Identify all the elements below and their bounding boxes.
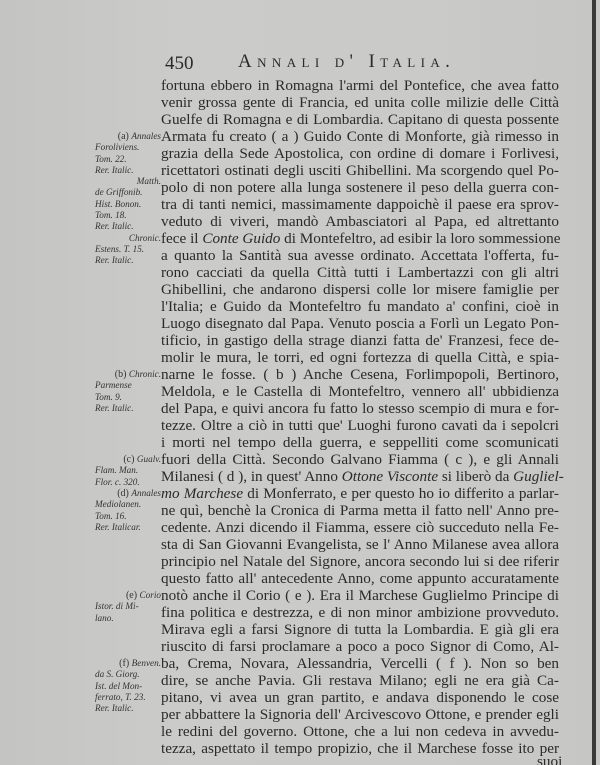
text-line: notò anche il Corio ( e ). Era il Marche… xyxy=(161,587,559,604)
text-line: Meldola, e le Castella di Montefeltro, v… xyxy=(161,383,559,400)
margin-note-line: Parmense xyxy=(95,380,161,391)
italic-span: Ottone Visconte xyxy=(342,468,438,485)
margin-note-line: Mediolanen. xyxy=(95,499,161,510)
text-line: molir le mura, le torri, ed ogni fortezz… xyxy=(161,349,559,366)
margin-note-line: (d) Annales xyxy=(95,488,161,499)
margin-note: (c) Gualv.Flam. Man.Flor. c. 320. xyxy=(95,454,161,488)
text-line: Ghibellini, che andarono dispersi colle … xyxy=(161,281,559,298)
text-line: tezza, aspettato il tempo propizio, che … xyxy=(161,740,559,757)
text-line: fina politica e destrezza, e di non mino… xyxy=(161,604,559,621)
margin-note-line: Flor. c. 320. xyxy=(95,477,161,488)
text-line: fortuna ebbero in Romagna l'armi del Pon… xyxy=(161,77,559,94)
margin-note: (e) CorioIstor. di Mi-lano. xyxy=(95,590,161,624)
text-line: venir grossa gente di Francia, ed unita … xyxy=(161,94,559,111)
text-line: pitano, vi avea un gran partito, e andav… xyxy=(161,689,559,706)
margin-note-line: Foroliviens. xyxy=(95,142,161,153)
note-key: (a) xyxy=(118,131,132,142)
margin-note-line: Rer. Italic. xyxy=(95,255,161,266)
margin-note: (d) AnnalesMediolanen.Tom. 16.Rer. Itali… xyxy=(95,488,161,533)
text-line: narne le fosse. ( b ) Anche Cesena, Forl… xyxy=(161,366,559,383)
text-line: polo di non potere alla lunga sostenere … xyxy=(161,179,559,196)
margin-note-line: Tom. 9. xyxy=(95,392,161,403)
margin-note-line: lano. xyxy=(95,613,161,624)
margin-note-line: Estens. T. 15. xyxy=(95,244,161,255)
margin-note-line: (a) Annales xyxy=(95,131,161,142)
text-line: questo fatto all' antecedente Anno, come… xyxy=(161,570,559,587)
margin-note-line: Rer. Italic. xyxy=(95,221,161,232)
text-line: grazia della Sede Apostolica, con ordine… xyxy=(161,145,559,162)
text-line: Armata fu creato ( a ) Guido Conte di Mo… xyxy=(161,128,559,145)
margin-note-line: Ist. del Mon- xyxy=(95,681,161,692)
text-line: Guelfe di Romagna e di Lombardia. Capita… xyxy=(161,111,559,128)
page-header: 450 Annali d' Italia. xyxy=(165,51,595,77)
note-key: (d) xyxy=(117,488,131,499)
text-line: Mirava egli a farsi Signore di tutta la … xyxy=(161,621,559,638)
margin-note-line: Matth. xyxy=(95,176,161,187)
note-key: (e) xyxy=(126,590,140,601)
margin-note-line: Tom. 22. xyxy=(95,154,161,165)
text-line: rono cacciati da quella Città tutti i La… xyxy=(161,264,559,281)
text-line: i morti nel tempo della guerra, e seppel… xyxy=(161,434,559,451)
margin-note: (f) Benven.da S. Giorg.Ist. del Mon-ferr… xyxy=(95,658,161,714)
note-key: (f) xyxy=(119,658,132,669)
text-line: ba, Crema, Novara, Alessandria, Vercelli… xyxy=(161,655,559,672)
text-line: Luogo disegnato dal Papa. Venuto poscia … xyxy=(161,315,559,332)
text-line: mo Marchese di Monferrato, e per questo … xyxy=(161,485,559,502)
text-line: tificio, in gastigo della strage dianzi … xyxy=(161,332,559,349)
text-line: ne quì, benchè la Cronica di Parma metta… xyxy=(161,502,559,519)
text-line: fuori della Città. Secondo Galvano Fiamm… xyxy=(161,451,559,468)
text-line: sta di San Giovanni Evangelista, se l' A… xyxy=(161,536,559,553)
body-text: fortuna ebbero in Romagna l'armi del Pon… xyxy=(161,77,559,757)
text-line: per abbattere la Signoria dell' Arcivesc… xyxy=(161,706,559,723)
text-line: l'Italia; e Guido da Montefeltro fu mand… xyxy=(161,298,559,315)
margin-note-line: da S. Giorg. xyxy=(95,669,161,680)
margin-note-line: Istor. di Mi- xyxy=(95,601,161,612)
text-line: tra di tanti nemici, massimamente dappoi… xyxy=(161,196,559,213)
book-page: 450 Annali d' Italia. fortuna ebbero in … xyxy=(0,0,596,765)
text-line: ricettatori ostinati degli usciti Ghibel… xyxy=(161,162,559,179)
margin-note-line: ferrato, T. 23. xyxy=(95,692,161,703)
text-line: tezze. Oltre a ciò in tutti que' Luoghi … xyxy=(161,417,559,434)
note-key: (b) xyxy=(115,369,129,380)
text-line: fece il Conte Guido di Montefeltro, ad e… xyxy=(161,230,559,247)
page-number: 450 xyxy=(165,53,194,75)
italic-span: Gugliel- xyxy=(513,468,564,485)
margin-note-line: Rer. Italic. xyxy=(95,165,161,176)
margin-note-line: Tom. 18. xyxy=(95,210,161,221)
margin-note-line: Tom. 16. xyxy=(95,511,161,522)
text-line: cedente. Anzi dicendo il Fiamma, essere … xyxy=(161,519,559,536)
margin-note-line: Rer. Italicar. xyxy=(95,522,161,533)
page-edge xyxy=(592,0,596,765)
margin-note-line: (b) Chronic. xyxy=(95,369,161,380)
margin-note-line: (c) Gualv. xyxy=(95,454,161,465)
running-title: Annali d' Italia. xyxy=(238,51,455,73)
margin-note-line: (e) Corio xyxy=(95,590,161,601)
text-line: principio nel Natale del Signore, ancora… xyxy=(161,553,559,570)
text-line: a quanto la Santità sua avesse ordinato.… xyxy=(161,247,559,264)
margin-note-line: Flam. Man. xyxy=(95,465,161,476)
italic-span: Conte Guido xyxy=(202,230,280,247)
italic-span: mo Marchese xyxy=(161,485,243,502)
text-line: le redini del governo. Ottone, che a lui… xyxy=(161,723,559,740)
text-line: del Papa, e quivi ancora fu fatto lo ste… xyxy=(161,400,559,417)
margin-note-line: Chronic. xyxy=(95,233,161,244)
margin-note: (a) AnnalesForoliviens.Tom. 22.Rer. Ital… xyxy=(95,131,161,267)
text-line: dire, se anche Pavia. Gli restava Milano… xyxy=(161,672,559,689)
catchword: suoi xyxy=(537,753,562,765)
text-line: riuscito di farsi proclamare a poco a po… xyxy=(161,638,559,655)
margin-note-line: Hist. Bonon. xyxy=(95,199,161,210)
text-line: Milanesi ( d ), in quest' Anno Ottone Vi… xyxy=(161,468,559,485)
margin-note-line: Rer. Italic. xyxy=(95,703,161,714)
margin-note-line: de Griffonib. xyxy=(95,187,161,198)
text-line: veduto di viveri, mandò Ambasciatori al … xyxy=(161,213,559,230)
margin-note-line: Rer. Italic. xyxy=(95,403,161,414)
margin-note: (b) Chronic.ParmenseTom. 9.Rer. Italic. xyxy=(95,369,161,414)
note-key: (c) xyxy=(123,454,137,465)
margin-note-line: (f) Benven. xyxy=(95,658,161,669)
